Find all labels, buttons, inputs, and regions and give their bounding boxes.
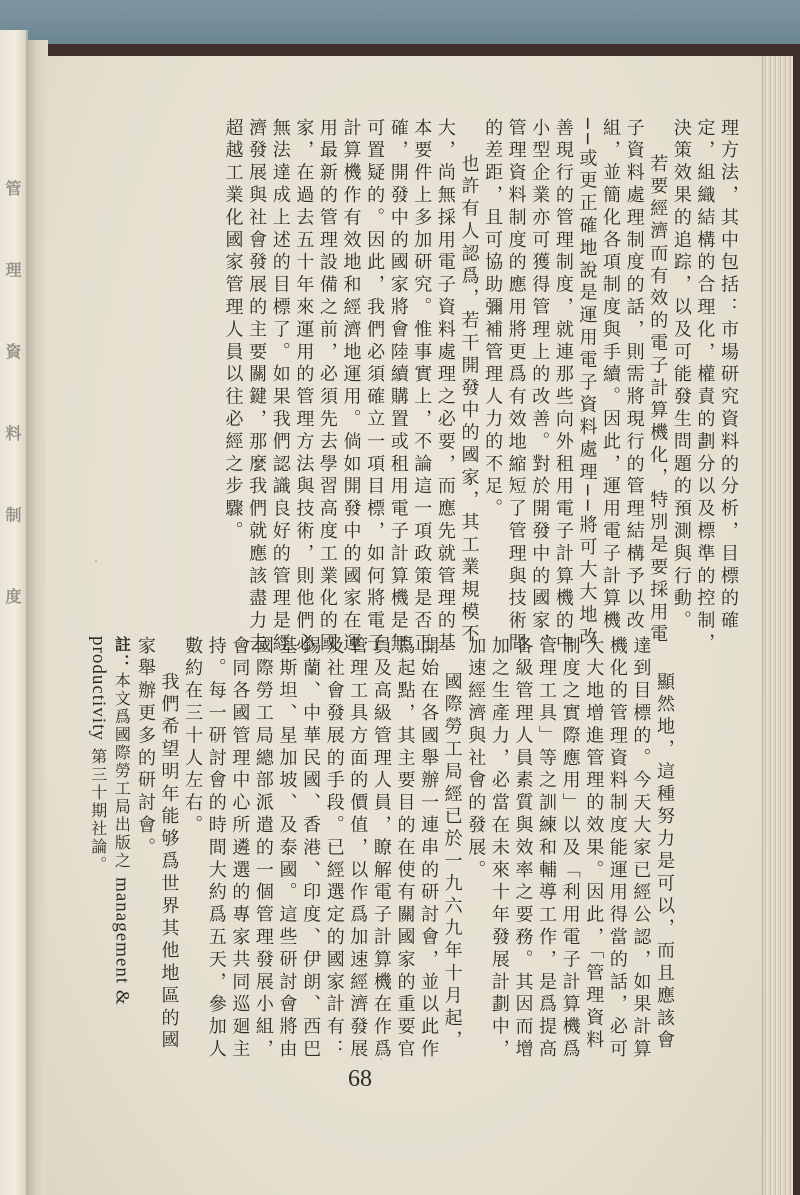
paragraph-ilo-seminars: 國際勞工局經已於一九六九年十月起，開始在各國舉辦一連串的研討會，並以此作爲起點，… [181, 636, 464, 1066]
book-spine-gutter [26, 40, 48, 1195]
lower-text-block: 顯然地，這種努力是可以，而且應該會達到目標的。今天大家已經公認，如果計算機化的管… [116, 636, 676, 1066]
paragraph-computerization: 若要經濟而有效的電子計算機化，特別是要採用電子資料處理制度的話，則需將現行的管理… [480, 118, 669, 658]
upper-text-block: 理方法，其中包括：市場研究資料的分析，目標的確定，組織結構的合理化，權責的劃分以… [60, 118, 740, 658]
paper-speck [95, 560, 97, 562]
paragraph-future-seminars: 我們希望明年能够爲世界其他地區的國家舉辦更多的研討會。 [133, 636, 180, 1066]
background-surface [0, 0, 800, 46]
paragraph-management-methods: 理方法，其中包括：市場研究資料的分析，目標的確定，組織結構的合理化，權責的劃分以… [669, 118, 740, 658]
footnote: 註：本文爲國際勞工局出版之 management & productivity … [86, 636, 133, 1066]
page-stack-edges [762, 56, 793, 1195]
footnote-label: 註： [112, 636, 131, 672]
page-number: 68 [348, 1066, 372, 1093]
paper-speck [710, 250, 712, 252]
footnote-text-before: 本文爲國際勞工局出版之 [112, 672, 131, 870]
paper-speck [380, 1058, 382, 1060]
facing-page-edge: 管 理 資 料 制 度 [0, 30, 28, 1195]
facing-page-running-head: 管 理 資 料 制 度 [4, 180, 24, 634]
paragraph-training: 顯然地，這種努力是可以，而且應該會達到目標的。今天大家已經公認，如果計算機化的管… [464, 636, 676, 1066]
footnote-text-after: 第三十期社論。 [89, 748, 108, 874]
paragraph-developing-countries: 也許有人認爲，若干開發中的國家，其工業規模不大，尚無採用電子資料處理之必要，而應… [221, 118, 481, 658]
